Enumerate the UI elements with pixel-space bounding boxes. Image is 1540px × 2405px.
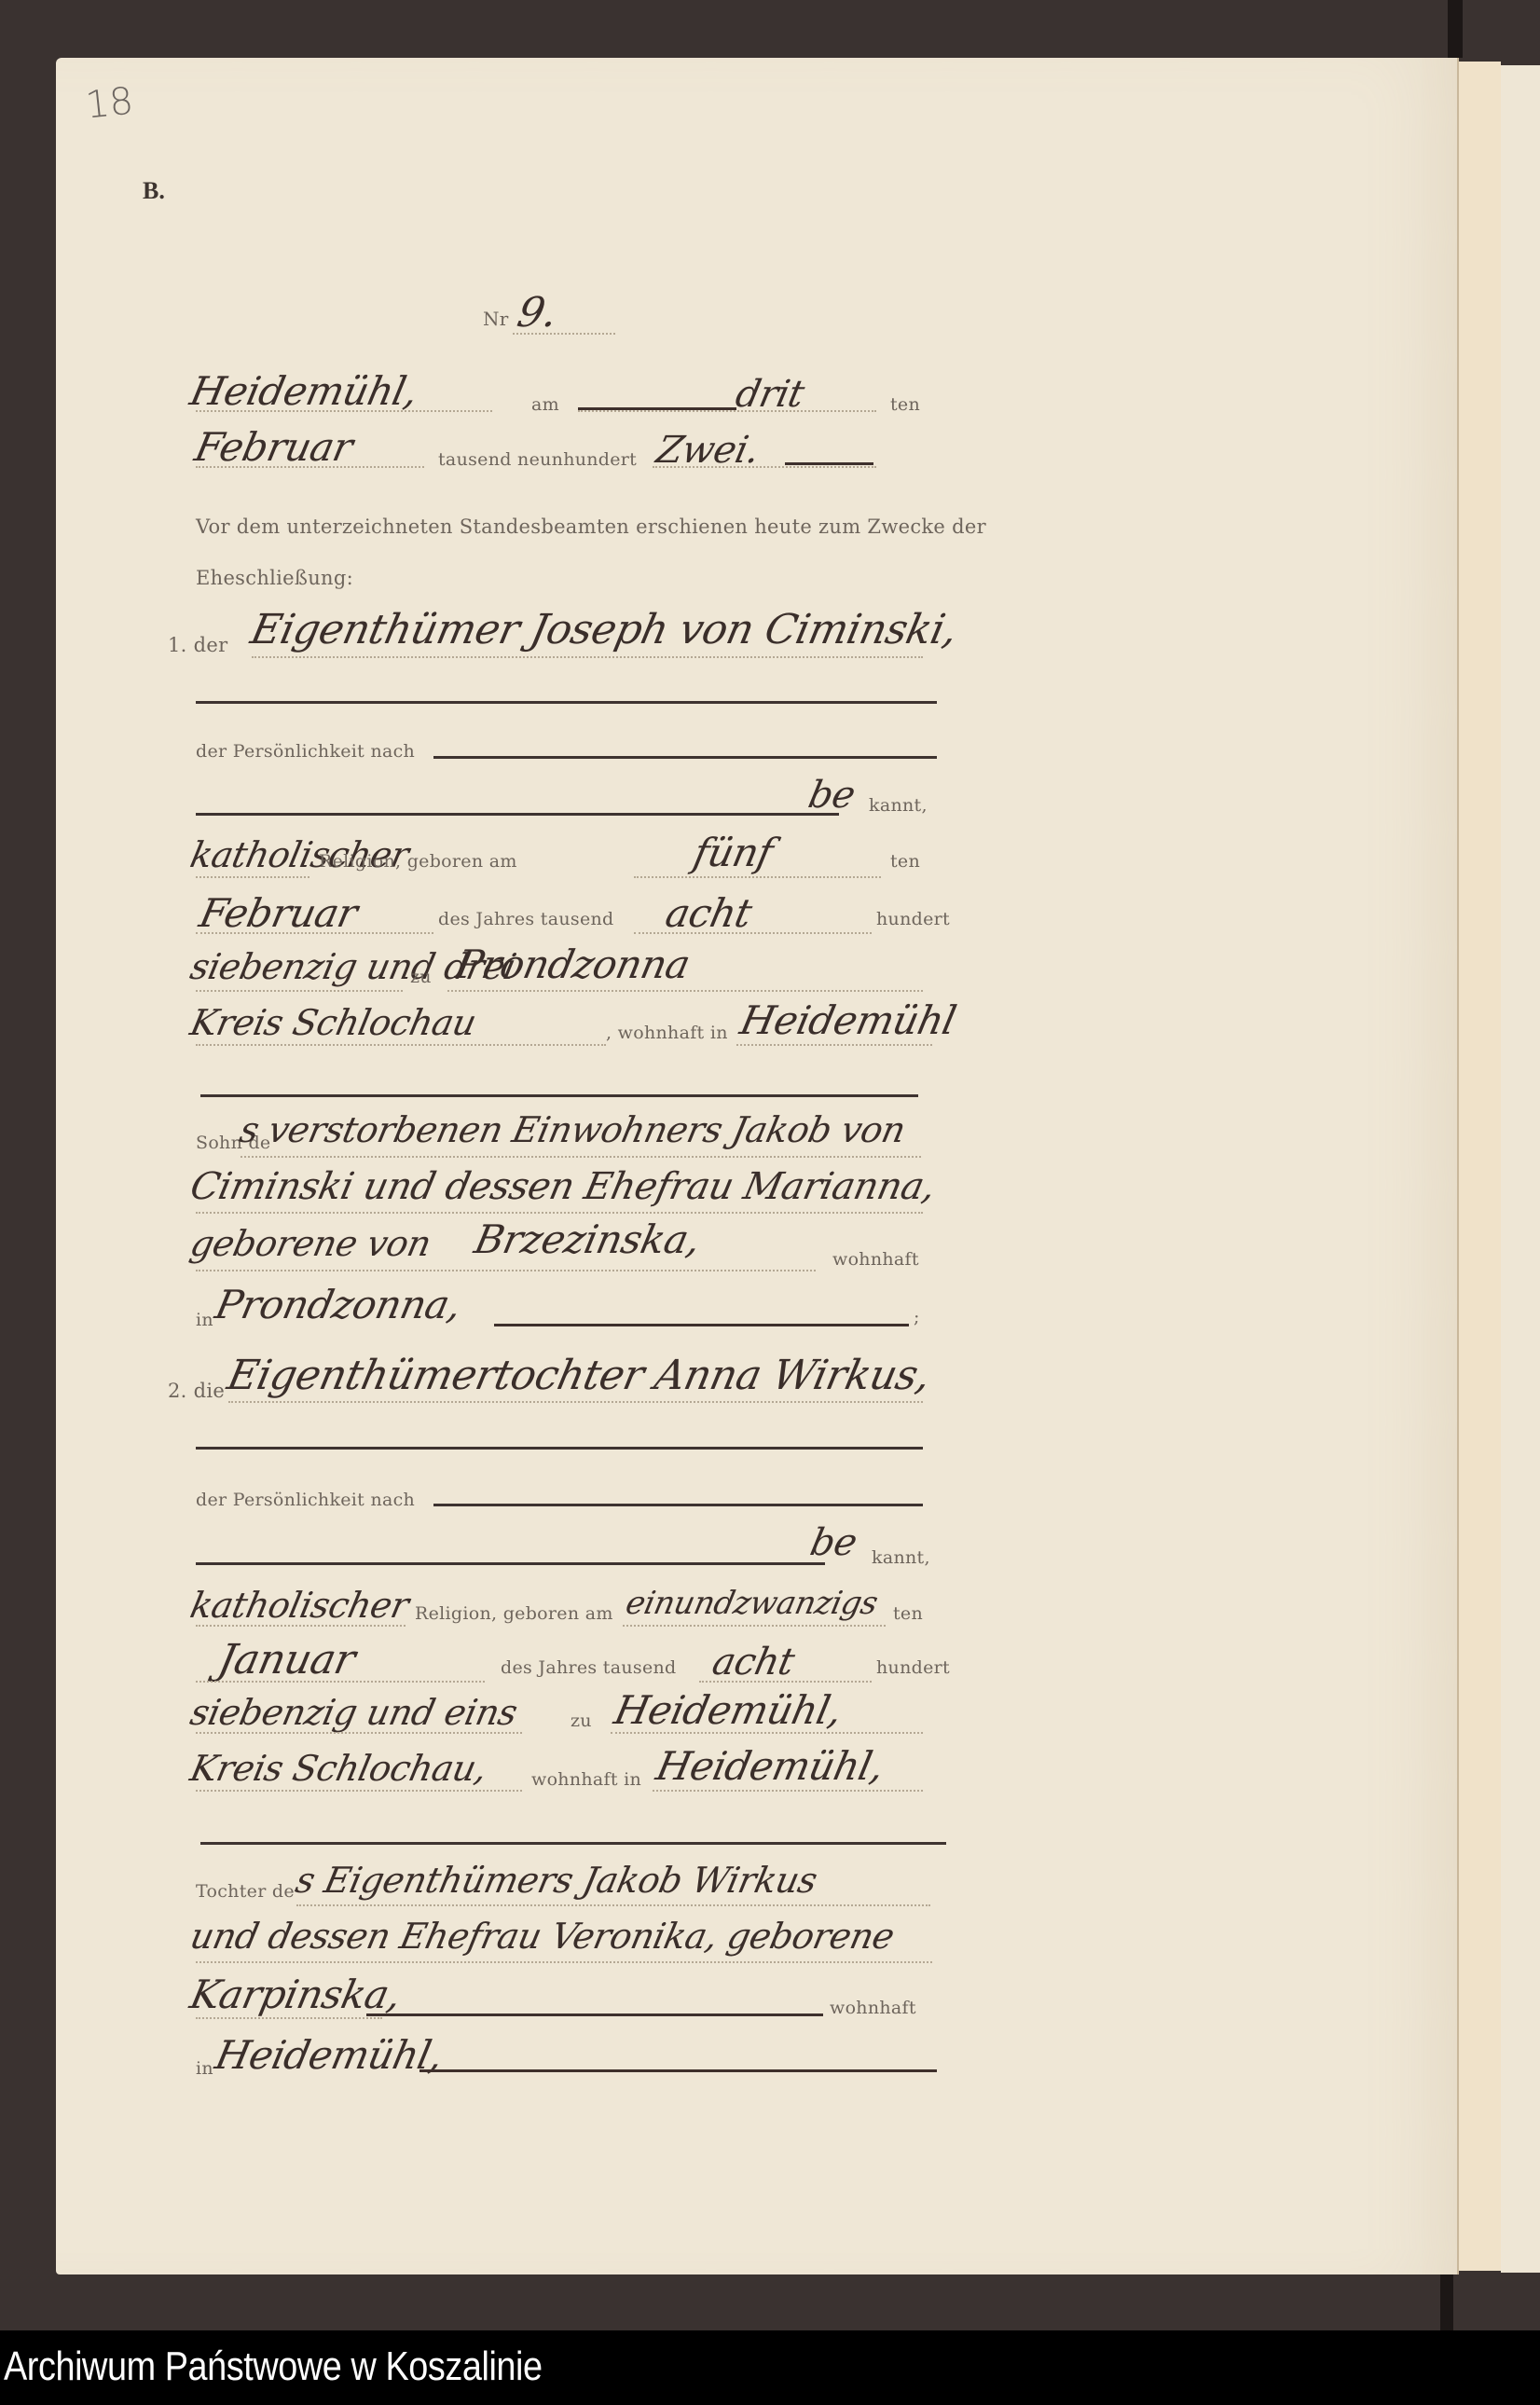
archive-footer: Archiwum Państwowe w Koszalinie: [0, 2330, 1540, 2405]
dotted-line: [241, 1156, 921, 1158]
bride-mother-maiden: Karpinska,: [186, 1972, 406, 2017]
year-label: des Jahres tausend: [501, 1657, 677, 1678]
dotted-line: [196, 990, 403, 992]
ruled-line: [433, 1504, 923, 1506]
binding-spine-bottom: [1440, 2274, 1453, 2330]
bride-name: Eigenthümertochter Anna Wirkus,: [224, 1352, 935, 1399]
groom-birth-place: Prondzonna: [452, 941, 694, 987]
dotted-line: [296, 1904, 930, 1906]
hundert-label: hundert: [876, 909, 950, 929]
ink-dash: [419, 2069, 937, 2072]
intro-text-cont: Eheschließung:: [196, 567, 353, 589]
dotted-line: [196, 1790, 522, 1792]
groom-district: Kreis Schlochau: [186, 1002, 479, 1043]
bride-district: Kreis Schlochau,: [186, 1748, 490, 1789]
zu-label: zu: [571, 1711, 592, 1731]
bride-residence: Heidemühl,: [653, 1743, 888, 1789]
record-number-label: Nr: [483, 308, 509, 330]
dotted-line: [513, 333, 615, 335]
dotted-line: [736, 1044, 932, 1046]
groom-birth-day: fünf: [690, 830, 777, 875]
ten-label: ten: [890, 851, 920, 872]
page-number-pencil: 18: [84, 79, 135, 127]
am-label: am: [531, 394, 559, 415]
year-label: tausend neunhundert: [438, 449, 637, 470]
groom-name: Eigenthümer Joseph von Ciminski,: [247, 606, 962, 653]
dotted-line: [196, 1961, 932, 1963]
ten-label: ten: [890, 394, 920, 415]
dotted-line: [196, 410, 492, 412]
bride-birth-month: Januar: [214, 1636, 360, 1683]
dotted-line: [196, 1625, 406, 1627]
bride-number-label: 2. die: [168, 1380, 225, 1402]
bride-religion-label: Religion, geboren am: [415, 1603, 613, 1624]
dotted-line: [196, 1732, 522, 1734]
dotted-line: [196, 1681, 485, 1683]
form-letter: B.: [143, 177, 165, 205]
month-handwritten: Februar: [191, 424, 357, 470]
bride-birth-century: acht: [708, 1641, 798, 1683]
dotted-line: [623, 1625, 886, 1627]
dotted-line: [196, 876, 309, 878]
place-handwritten: Heidemühl,: [186, 368, 422, 414]
dotted-line: [653, 466, 876, 468]
binding-spine-top: [1448, 0, 1463, 58]
ink-dash: [366, 2013, 823, 2016]
groom-number-label: 1. der: [168, 634, 227, 656]
zu-label: zu: [410, 967, 432, 987]
groom-birth-month: Februar: [196, 890, 362, 936]
dotted-line: [196, 1212, 923, 1214]
dotted-line: [653, 1790, 923, 1792]
groom-father: s verstorbenen Einwohners Jakob von: [236, 1109, 909, 1150]
groom-birth-century: acht: [662, 890, 756, 936]
dotted-line: [196, 1270, 816, 1271]
groom-parents-line2: Ciminski und dessen Ehefrau Marianna,: [186, 1165, 939, 1208]
ruled-line: [196, 1562, 825, 1565]
parents-residence-label: wohnhaft: [830, 1998, 916, 2018]
dotted-line: [196, 1044, 606, 1046]
dotted-line: [196, 466, 424, 468]
bride-parents-residence: Heidemühl,: [212, 2032, 447, 2078]
bride-identity-suffix: kannt,: [872, 1547, 930, 1568]
ruled-line: [196, 813, 839, 816]
bride-birth-year-rest: siebenzig und eins: [186, 1692, 520, 1733]
bride-religion: katholischer: [186, 1585, 412, 1626]
ruled-line: [200, 1094, 918, 1097]
ink-dash: [494, 1324, 909, 1326]
parents-residence-label: wohnhaft: [832, 1249, 919, 1270]
groom-residence: Heidemühl: [736, 997, 960, 1043]
dotted-line: [196, 932, 433, 934]
ten-label: ten: [893, 1603, 923, 1624]
year-label: des Jahres tausend: [438, 909, 614, 929]
hundert-label: hundert: [876, 1657, 950, 1678]
groom-parents-residence: Prondzonna,: [212, 1282, 465, 1327]
dotted-line: [252, 656, 923, 658]
intro-text: Vor dem unterzeichneten Standesbeamten e…: [196, 515, 986, 538]
dotted-line: [578, 410, 876, 412]
groom-mother-maiden-prefix: geborene von: [186, 1223, 434, 1264]
bride-birth-day: einundzwanzigs: [623, 1585, 881, 1622]
ruled-line: [196, 1447, 923, 1450]
dotted-line: [611, 1732, 923, 1734]
archive-name: Archiwum Państwowe w Koszalinie: [4, 2343, 543, 2390]
bride-birth-place: Heidemühl,: [611, 1687, 846, 1733]
ruled-line: [196, 701, 937, 704]
dotted-line: [447, 990, 923, 992]
bride-father: s Eigenthümers Jakob Wirkus: [292, 1860, 820, 1901]
binding-strip: [1459, 62, 1501, 2271]
ink-dash: [785, 462, 873, 465]
bride-identity-prefix: be: [806, 1521, 860, 1564]
daughter-label: Tochter de: [196, 1881, 295, 1902]
dotted-line: [634, 876, 881, 878]
groom-religion-label: Religion, geboren am: [319, 851, 517, 872]
ruled-line: [200, 1842, 946, 1845]
groom-identity-prefix: be: [804, 774, 859, 817]
bride-identity-label: der Persönlichkeit nach: [196, 1490, 415, 1510]
groom-identity-suffix: kannt,: [869, 795, 928, 816]
residence-label: , wohnhaft in: [606, 1023, 728, 1043]
groom-identity-label: der Persönlichkeit nach: [196, 741, 415, 762]
dotted-line: [699, 1681, 872, 1683]
end-mark: ;: [914, 1307, 920, 1327]
groom-mother-maiden: Brzezinska,: [471, 1216, 705, 1262]
residence-label: wohnhaft in: [531, 1769, 641, 1790]
bride-parents-line2: und dessen Ehefrau Veronika, geborene: [186, 1916, 898, 1957]
adjacent-page-edge: [1501, 65, 1540, 2273]
dotted-line: [634, 932, 872, 934]
ruled-line: [433, 756, 937, 759]
dotted-line: [196, 2017, 382, 2019]
dotted-line: [228, 1401, 923, 1403]
